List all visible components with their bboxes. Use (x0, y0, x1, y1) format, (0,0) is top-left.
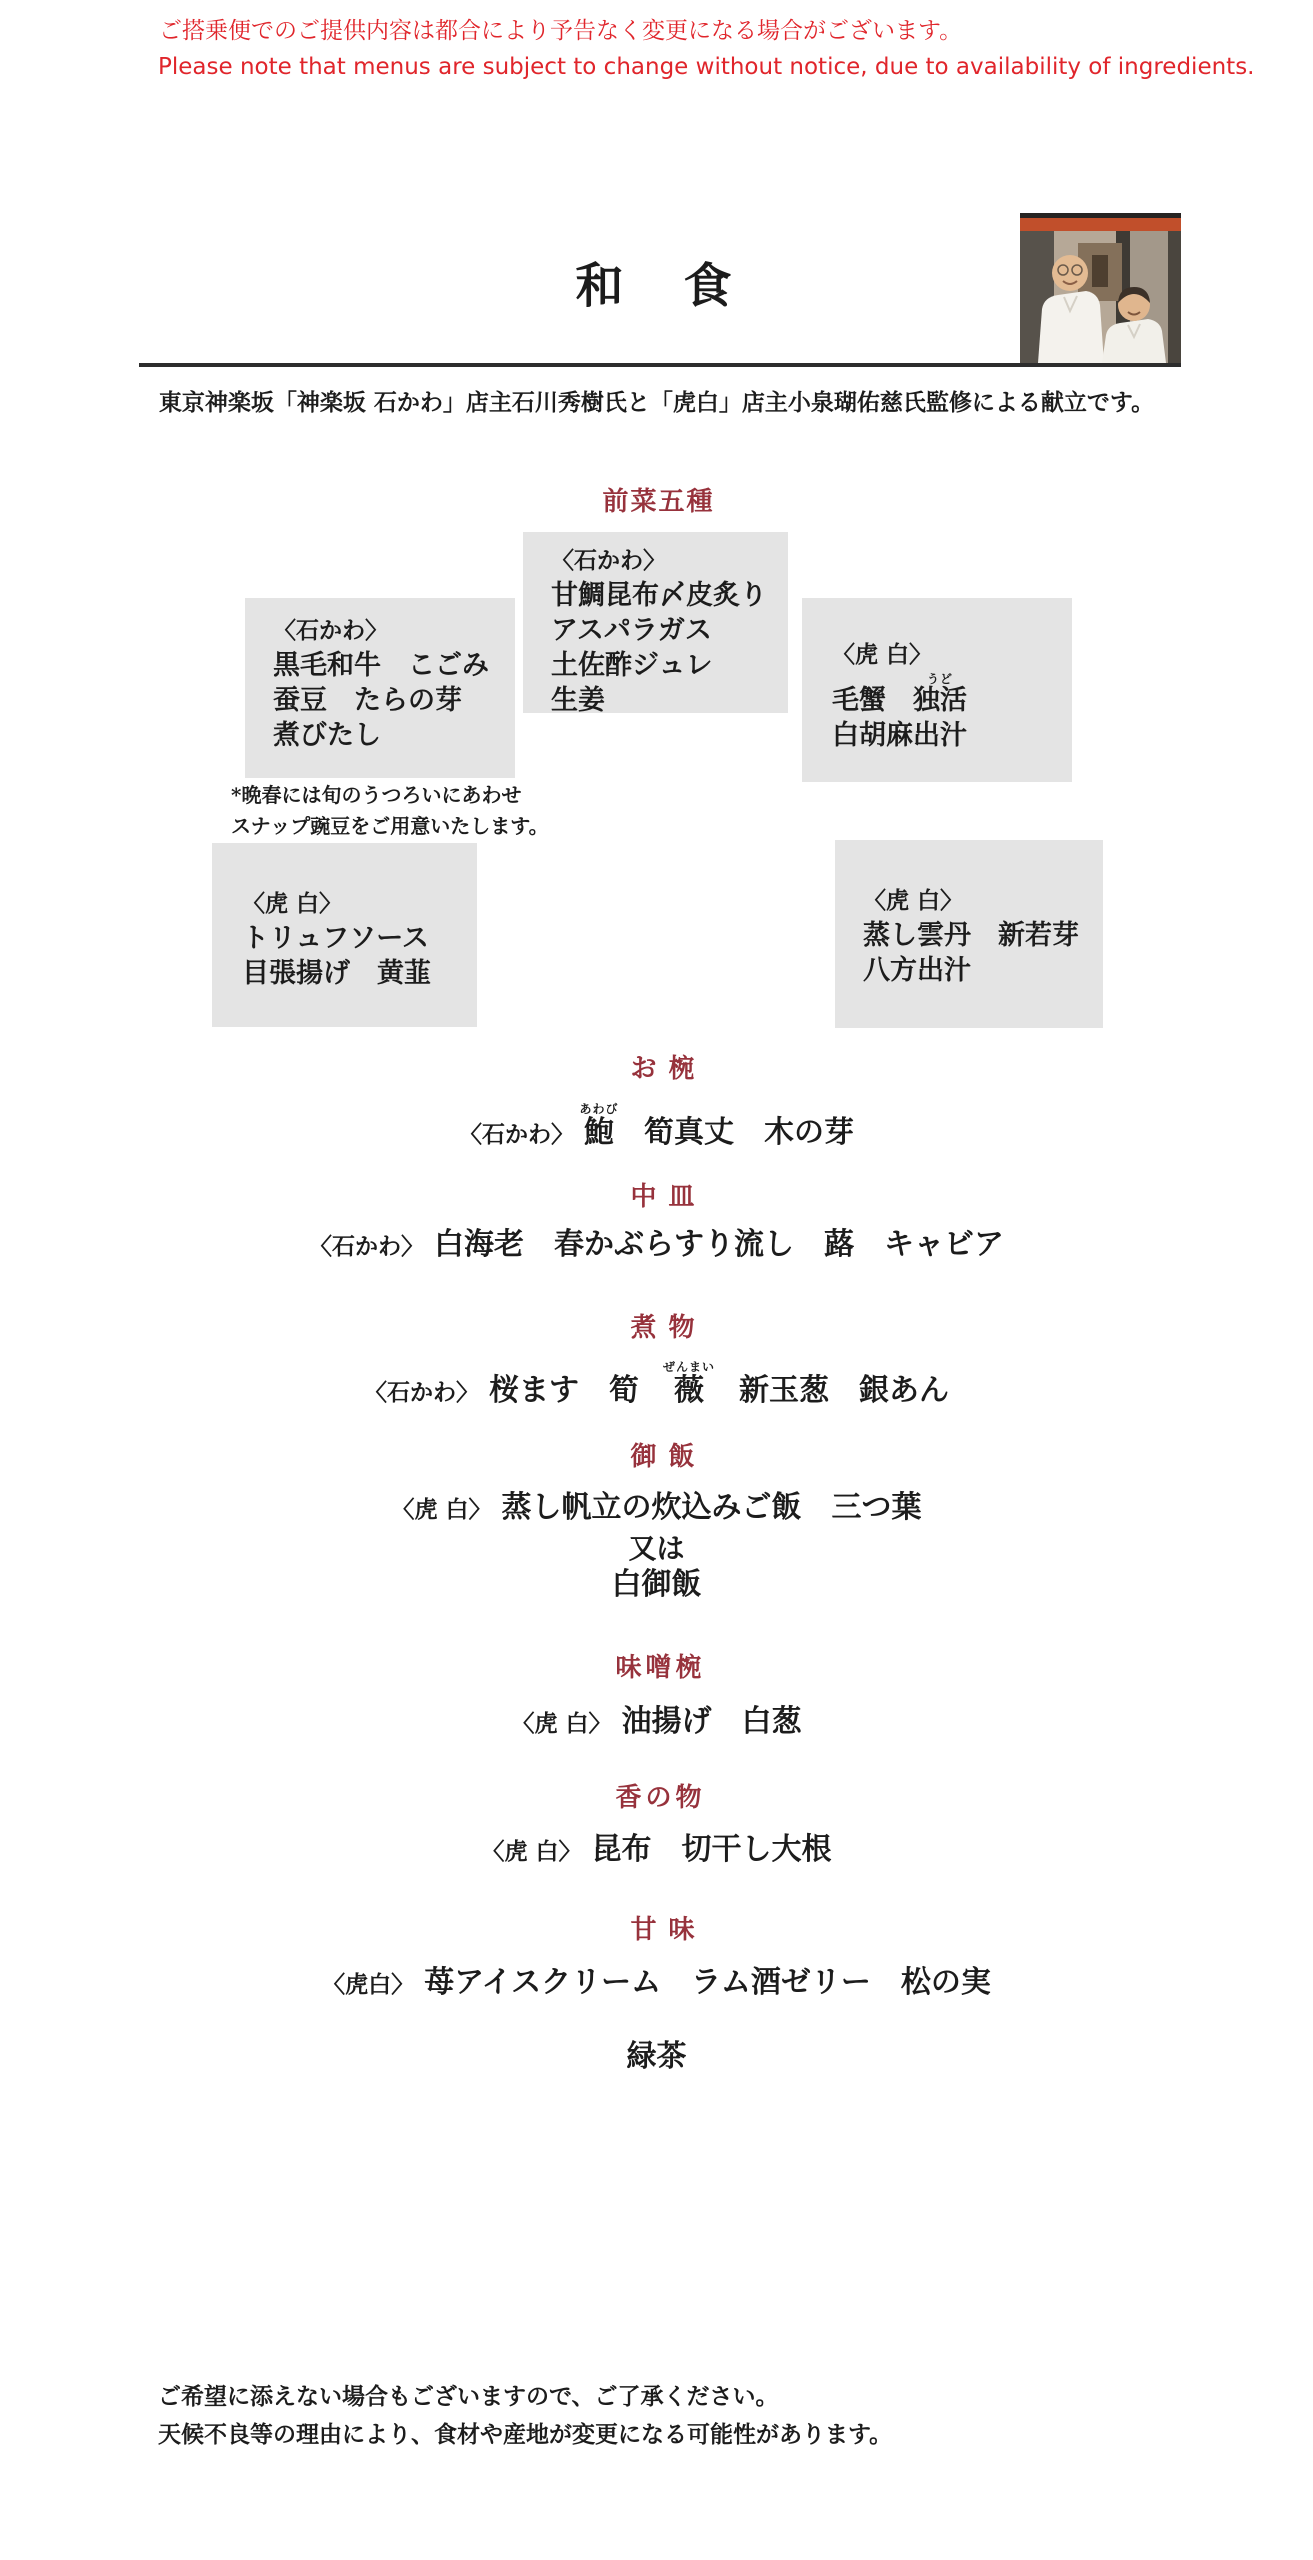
restaurant-label-kohaku: 〈虎 白〉 (511, 1710, 611, 1737)
dish-text: 蒸し帆立の炊込みご飯 三つ葉 (502, 1490, 922, 1525)
dish-chuzara: 〈石かわ〉白海老 春かぶらすり流し 蕗 キャビア (0, 1227, 1313, 1263)
dish-kanmi: 〈虎白〉苺アイスクリーム ラム酒ゼリー 松の実 (0, 1965, 1313, 2001)
dish-line: 白胡麻出汁 (832, 718, 1072, 753)
heading-nimono: 煮物 (0, 1315, 1313, 1341)
restaurant-label-ishikawa: 〈石かわ〉 (364, 1379, 479, 1406)
dish-line: 甘鯛昆布〆皮炙り (551, 578, 788, 613)
zensai-box-bottom-right: 〈虎 白〉 蒸し雲丹 新若芽 八方出汁 (835, 840, 1103, 1028)
zensai-box-left: 〈石かわ〉 黒毛和牛 こごみ 蚕豆 たらの芽 煮びたし (245, 598, 515, 778)
dish-line: 八方出汁 (863, 953, 1103, 988)
ruby-zenmai: 薇ぜんまい (669, 1373, 709, 1408)
dish-gohan: 〈虎 白〉蒸し帆立の炊込みご飯 三つ葉 (0, 1490, 1313, 1526)
menu-page: ご搭乗便でのご提供内容は都合により予告なく変更になる場合がございます。 Plea… (0, 0, 1313, 2560)
dish-konomono: 〈虎 白〉昆布 切干し大根 (0, 1832, 1313, 1868)
supervision-intro: 東京神楽坂「神楽坂 石かわ」店主石川秀樹氏と「虎白」店主小泉瑚佑慈氏監修による献… (0, 388, 1313, 418)
dish-text: 苺アイスクリーム ラム酒ゼリー 松の実 (424, 1965, 991, 2000)
dish-gohan-or: 又は (0, 1532, 1313, 1566)
dish-owan: 〈石かわ〉鮑あわび 筍真丈 木の芽 (0, 1102, 1313, 1151)
title-divider (139, 363, 1181, 367)
heading-owan: お椀 (0, 1056, 1313, 1082)
ruby-udo: 独活うど (913, 685, 967, 716)
dish-text: 昆布 切干し大根 (592, 1832, 832, 1867)
heading-gohan: 御飯 (0, 1444, 1313, 1470)
footer-note-line2: 天候不良等の理由により、食材や産地が変更になる可能性があります。 (158, 2420, 892, 2450)
dish-line: トリュフソース (242, 921, 477, 956)
restaurant-label-kohaku: 〈虎 白〉 (242, 887, 477, 921)
footer-note-line1: ご希望に添えない場合もございますので、ご了承ください。 (158, 2382, 779, 2412)
dish-line: 目張揚げ 黄韮 (242, 956, 477, 991)
dish-line: 毛蟹 独活うど (832, 672, 1072, 718)
heading-konomono: 香の物 (0, 1785, 1313, 1811)
heading-kanmi: 甘味 (0, 1917, 1313, 1943)
restaurant-label-ishikawa: 〈石かわ〉 (551, 544, 788, 578)
photo-top-lintel (1020, 213, 1181, 218)
photo-right-frame (1168, 231, 1181, 363)
zensai-box-right: 〈虎 白〉 毛蟹 独活うど 白胡麻出汁 (802, 598, 1072, 782)
dish-gohan-alt: 白御飯 (0, 1567, 1313, 1603)
dish-text: 油揚げ 白葱 (622, 1704, 802, 1739)
dish-line: アスパラガス (551, 613, 788, 648)
photo-sign-calligraphy (1092, 255, 1108, 287)
dish-misowan: 〈虎 白〉油揚げ 白葱 (0, 1704, 1313, 1740)
flight-notice-ja: ご搭乗便でのご提供内容は都合により予告なく変更になる場合がございます。 (159, 16, 962, 46)
dish-text: 桜ます 筍 (489, 1373, 669, 1408)
dish-line: 煮びたし (273, 718, 515, 753)
dish-nimono: 〈石かわ〉桜ます 筍 薇ぜんまい 新玉葱 銀あん (0, 1360, 1313, 1409)
dish-line: 蒸し雲丹 新若芽 (863, 918, 1103, 953)
flight-notice-en: Please note that menus are subject to ch… (158, 52, 1255, 82)
dish-line: 土佐酢ジュレ (551, 648, 788, 683)
dish-text: 白海老 春かぶらすり流し 蕗 キャビア (434, 1227, 1004, 1262)
heading-misowan: 味噌椀 (0, 1655, 1313, 1681)
seasonal-note-line2: スナップ豌豆をご用意いたします。 (231, 811, 549, 842)
restaurant-label-kohaku: 〈虎 白〉 (832, 638, 1072, 672)
seasonal-note: *晩春には旬のうつろいにあわせ スナップ豌豆をご用意いたします。 (231, 780, 549, 842)
restaurant-label-ishikawa: 〈石かわ〉 (273, 614, 515, 648)
zensai-box-bottom-left: 〈虎 白〉 トリュフソース 目張揚げ 黄韮 (212, 843, 477, 1027)
green-tea: 緑茶 (0, 2039, 1313, 2075)
restaurant-label-kohaku: 〈虎 白〉 (481, 1838, 581, 1865)
photo-orange-awning (1020, 218, 1181, 231)
chefs-photo (1020, 213, 1181, 363)
heading-chuzara: 中皿 (0, 1184, 1313, 1210)
restaurant-label-ishikawa: 〈石かわ〉 (309, 1233, 424, 1260)
ruby-awabi: 鮑あわび (584, 1115, 614, 1150)
restaurant-label-kohaku: 〈虎白〉 (322, 1971, 414, 1998)
heading-zensai: 前菜五種 (0, 489, 1313, 515)
dish-line: 蚕豆 たらの芽 (273, 683, 515, 718)
dish-text: 毛蟹 (832, 685, 913, 716)
restaurant-label-kohaku: 〈虎 白〉 (391, 1496, 491, 1523)
dish-line: 黒毛和牛 こごみ (273, 648, 515, 683)
seasonal-note-line1: *晩春には旬のうつろいにあわせ (231, 780, 549, 811)
restaurant-label-ishikawa: 〈石かわ〉 (459, 1121, 574, 1148)
dish-text: 筍真丈 木の芽 (614, 1115, 854, 1150)
dish-text: 新玉葱 銀あん (709, 1373, 949, 1408)
restaurant-label-kohaku: 〈虎 白〉 (863, 884, 1103, 918)
dish-line: 生姜 (551, 683, 788, 718)
zensai-box-center: 〈石かわ〉 甘鯛昆布〆皮炙り アスパラガス 土佐酢ジュレ 生姜 (523, 532, 788, 713)
